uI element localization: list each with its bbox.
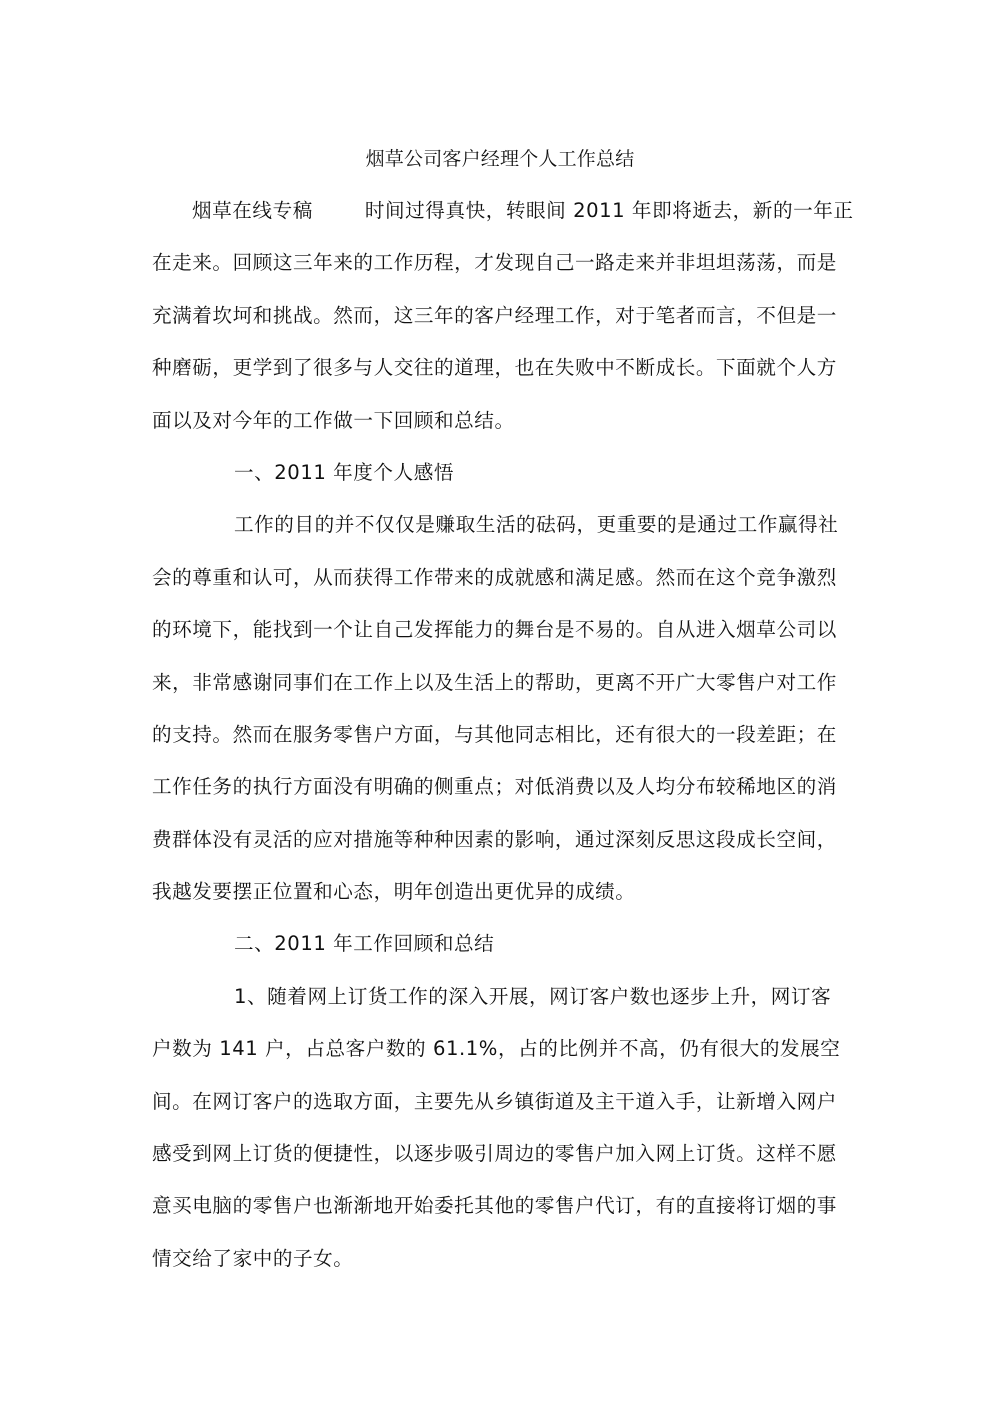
document-body: 烟草在线专稿时间过得真快，转眼间 2011 年即将逝去，新的一年正 在走来。回顾… — [152, 196, 852, 1296]
text-line: 情交给了家中的子女。 — [152, 1244, 852, 1296]
text-line: 工作任务的执行方面没有明确的侧重点；对低消费以及人均分布较稀地区的消 — [152, 772, 852, 824]
text-line: 感受到网上订货的便捷性，以逐步吸引周边的零售户加入网上订货。这样不愿 — [152, 1139, 852, 1191]
text-line: 充满着坎坷和挑战。然而，这三年的客户经理工作，对于笔者而言，不但是一 — [152, 301, 852, 353]
text-line: 的环境下，能找到一个让自己发挥能力的舞台是不易的。自从进入烟草公司以 — [152, 615, 852, 667]
text-line: 在走来。回顾这三年来的工作历程，才发现自己一路走来并非坦坦荡荡，而是 — [152, 248, 852, 300]
text-line: 种磨砺，更学到了很多与人交往的道理，也在失败中不断成长。下面就个人方 — [152, 353, 852, 405]
text-line: 1、随着网上订货工作的深入开展，网订客户数也逐步上升，网订客 — [152, 982, 852, 1034]
text-line: 户数为 141 户，占总客户数的 61.1%，占的比例并不高，仍有很大的发展空 — [152, 1034, 852, 1086]
document-page: 烟草公司客户经理个人工作总结 烟草在线专稿时间过得真快，转眼间 2011 年即将… — [0, 0, 1000, 1415]
text-line: 来，非常感谢同事们在工作上以及生活上的帮助，更离不开广大零售户对工作 — [152, 668, 852, 720]
text-line: 时间过得真快，转眼间 2011 年即将逝去，新的一年正 — [365, 199, 854, 222]
text-line: 工作的目的并不仅仅是赚取生活的砝码，更重要的是通过工作赢得社 — [152, 510, 852, 562]
text-line: 费群体没有灵活的应对措施等种种因素的影响，通过深刻反思这段成长空间， — [152, 825, 852, 877]
text-line: 会的尊重和认可，从而获得工作带来的成就感和满足感。然而在这个竞争激烈 — [152, 563, 852, 615]
section-heading-2: 二、2011 年工作回顾和总结 — [152, 929, 852, 981]
document-title: 烟草公司客户经理个人工作总结 — [0, 145, 1000, 173]
text-line: 面以及对今年的工作做一下回顾和总结。 — [152, 406, 852, 458]
source-label: 烟草在线专稿 — [192, 199, 313, 222]
text-line: 意买电脑的零售户也渐渐地开始委托其他的零售户代订，有的直接将订烟的事 — [152, 1191, 852, 1243]
paragraph-line-intro: 烟草在线专稿时间过得真快，转眼间 2011 年即将逝去，新的一年正 — [152, 196, 852, 248]
text-line: 的支持。然而在服务零售户方面，与其他同志相比，还有很大的一段差距；在 — [152, 720, 852, 772]
text-line: 间。在网订客户的选取方面，主要先从乡镇街道及主干道入手，让新增入网户 — [152, 1087, 852, 1139]
section-heading-1: 一、2011 年度个人感悟 — [152, 458, 852, 510]
text-line: 我越发要摆正位置和心态，明年创造出更优异的成绩。 — [152, 877, 852, 929]
